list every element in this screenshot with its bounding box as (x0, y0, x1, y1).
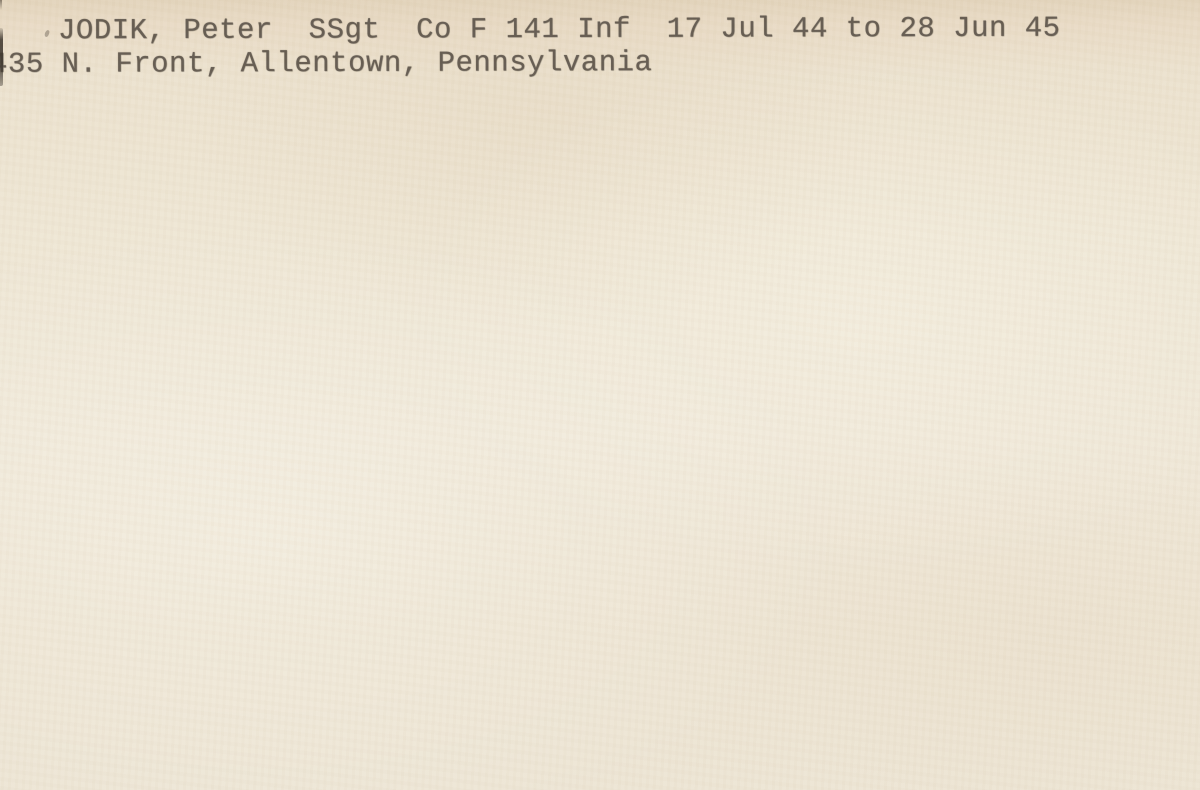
typed-line-address: 435 N. Front, Allentown, Pennsylvania (0, 46, 652, 81)
scan-edge-artifact-top (0, 0, 2, 10)
typed-line-service-record: JODIK, Peter SSgt Co F 141 Inf 17 Jul 44… (58, 12, 1061, 48)
scanned-card: JODIK, Peter SSgt Co F 141 Inf 17 Jul 44… (0, 0, 1200, 790)
ink-fleck (44, 30, 50, 38)
scan-edge-artifact (0, 28, 3, 86)
